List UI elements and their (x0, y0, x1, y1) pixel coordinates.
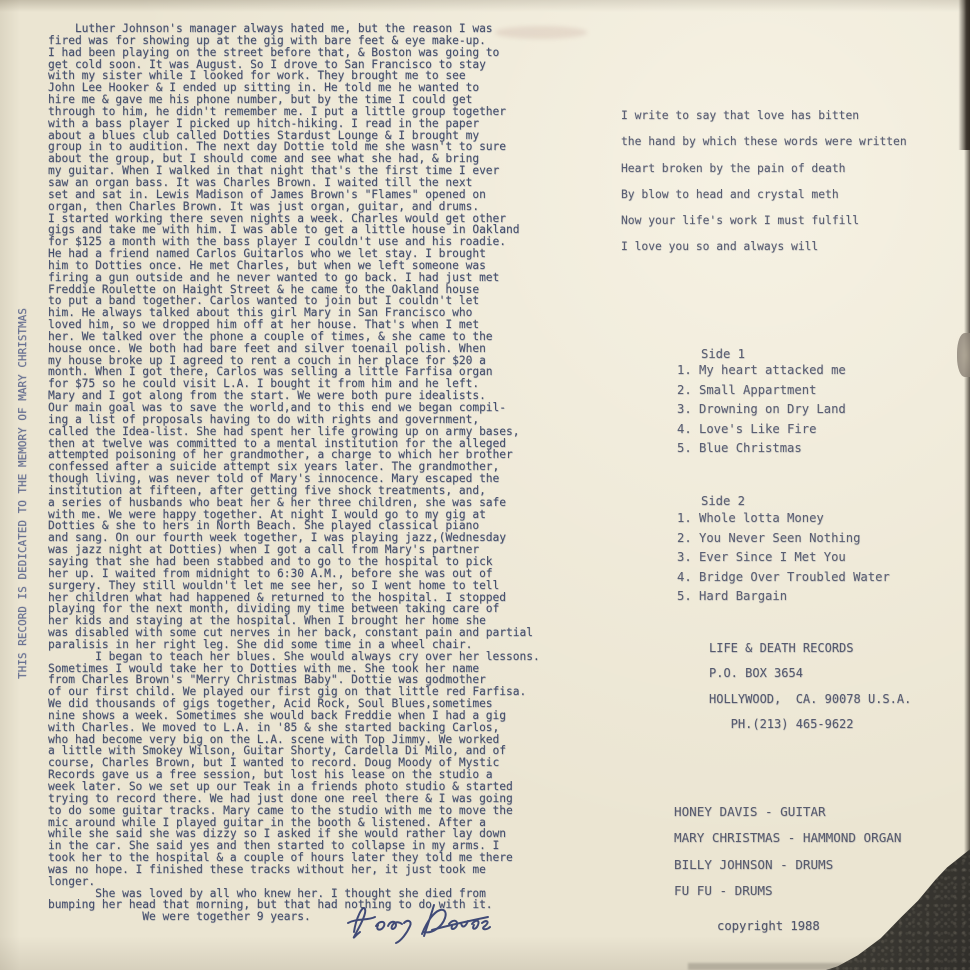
memorial-poem: I write to say that love has bitten the … (621, 103, 907, 261)
musician-credits: HONEY DAVIS - GUITAR MARY CHRISTMAS - HA… (674, 799, 901, 904)
side1-title: Side 1 (701, 347, 745, 361)
side1-track-list: 1. My heart attacked me 2. Small Appartm… (677, 361, 846, 459)
side2-title: Side 2 (701, 494, 745, 508)
sleeve-edge-notch (957, 333, 970, 377)
sleeve-bottom-rim (688, 963, 843, 970)
signature-honey-davis (346, 896, 491, 948)
side2-track-list: 1. Whole lotta Money 2. You Never Seen N… (677, 509, 890, 607)
record-sleeve-back: THIS RECORD IS DEDICATED TO THE MEMORY O… (0, 0, 970, 970)
copyright-line: copyright 1988 (717, 919, 820, 933)
liner-notes-story: Luther Johnson's manager always hated me… (48, 23, 540, 923)
dedication-label: THIS RECORD IS DEDICATED TO THE MEMORY O… (16, 308, 29, 679)
record-label-address: LIFE & DEATH RECORDS P.O. BOX 3654 HOLLY… (709, 636, 911, 737)
sleeve-right-edge-dark (957, 0, 970, 150)
